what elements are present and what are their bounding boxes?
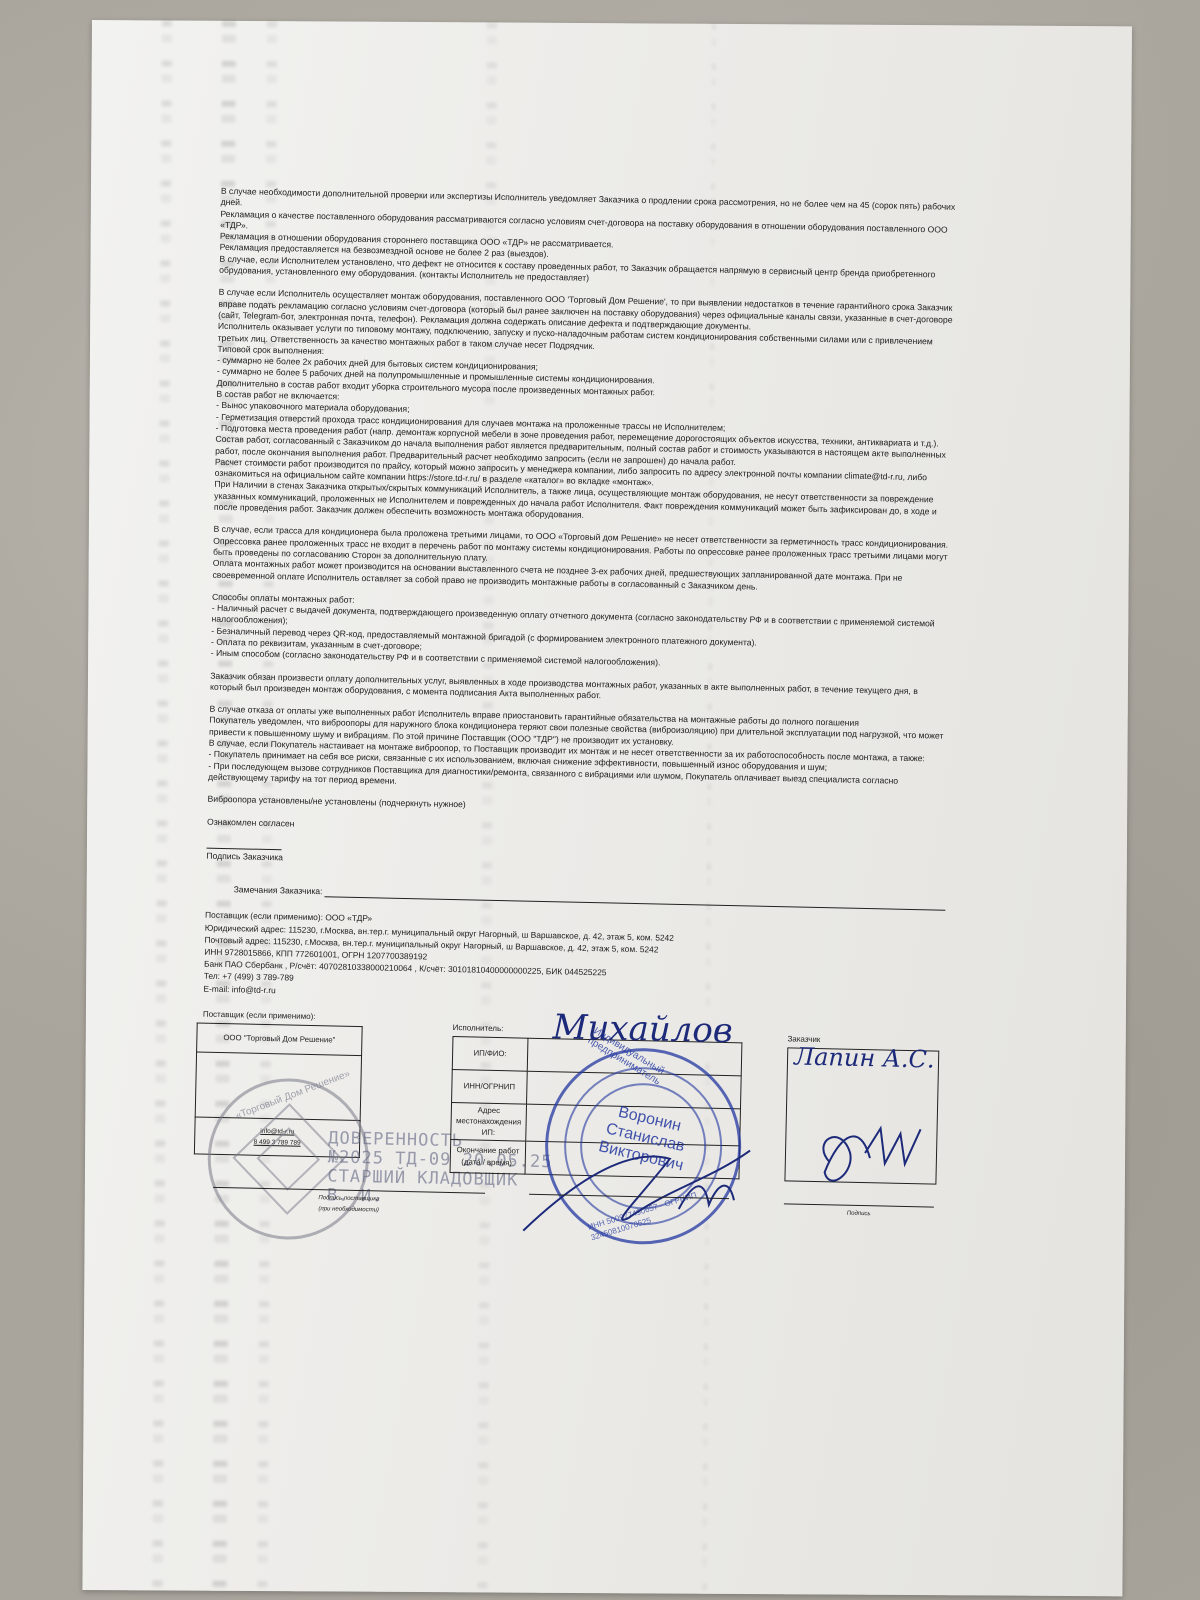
executor-label: Исполнитель:	[453, 1022, 504, 1034]
supplier-company: ООО "Торговый Дом Решение"	[197, 1023, 363, 1056]
executor-signature-scribble	[518, 1135, 770, 1240]
customer-signature-line[interactable]	[207, 827, 282, 850]
document-sheet: В случае необходимости дополнительной пр…	[82, 20, 1132, 1596]
section-installation: В случае если Исполнитель осуществляет м…	[214, 287, 959, 529]
customer-signature-label: Подпись Заказчика	[206, 850, 946, 877]
customer-signature-caption: Подпись	[829, 1208, 889, 1221]
executor-handwritten-name: Михайлов	[553, 1022, 733, 1037]
customer-signature-scribble	[809, 1112, 931, 1205]
customer-remarks: Замечания Заказчика:	[234, 884, 946, 911]
remarks-label: Замечания Заказчика:	[234, 884, 323, 897]
supplier-signature-caption: Подпись поставщика (при необходимости)	[309, 1193, 389, 1217]
supplier-requisites: Поставщик (если применимо): ООО «ТДР»Юри…	[203, 909, 945, 1011]
supplier-label: Поставщик (если применимо):	[203, 1008, 316, 1022]
customer-handwritten-name: Лапин А.С.	[794, 1051, 935, 1065]
executor-row-label: ИНН/ОГРНИП	[452, 1069, 528, 1104]
executor-row-label: Окончание работ (дата / время):	[450, 1139, 526, 1174]
section-vibration-mounts: В случае отказа от оплаты уже выполненны…	[208, 704, 950, 799]
print-streak	[152, 20, 172, 1590]
section-claims: В случае необходимости дополнительной пр…	[219, 186, 961, 292]
executor-row-label: ИП/ФИО:	[452, 1036, 528, 1071]
remarks-field[interactable]	[324, 888, 945, 912]
signature-blocks: Поставщик (если применимо): ООО "Торговы…	[198, 1008, 943, 1254]
executor-row-label: Адрес местонахождения ИП:	[451, 1102, 527, 1141]
document-body: В случае необходимости дополнительной пр…	[198, 186, 961, 1255]
